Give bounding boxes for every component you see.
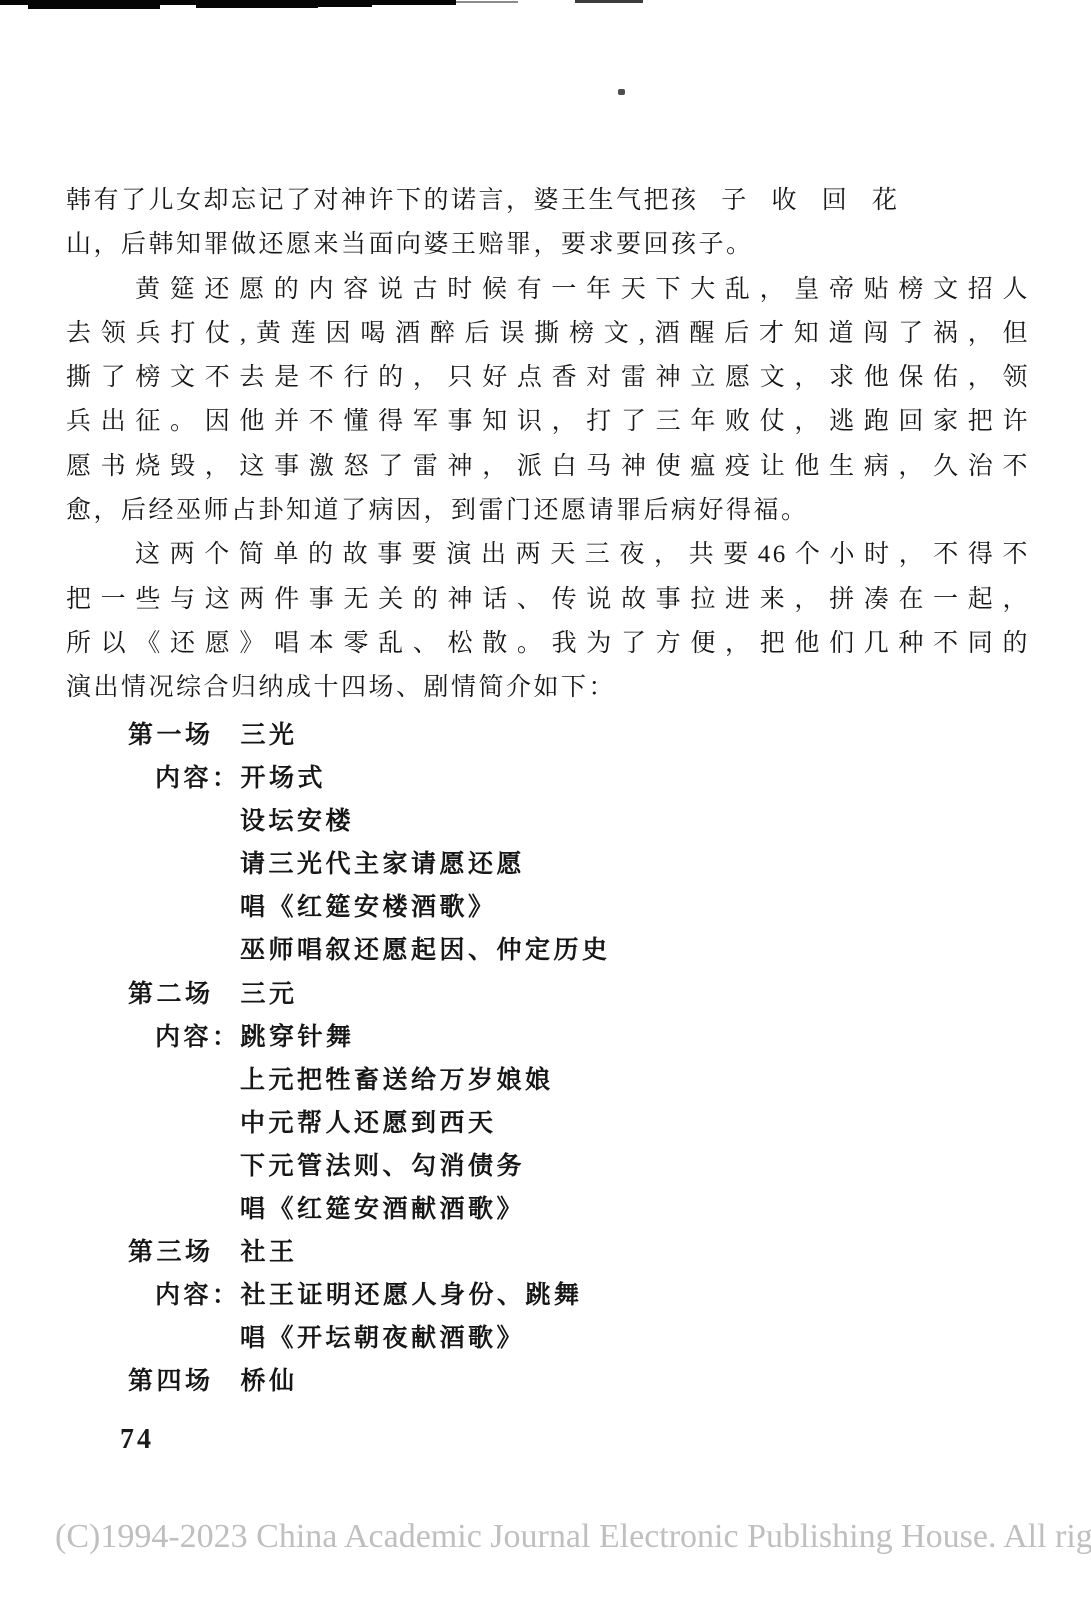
body-line: 黄筵还愿的内容说古时候有一年天下大乱，皇帝贴榜文招人 [66, 268, 1030, 312]
body-line: 愈，后经巫师占卦知道了病因，到雷门还愿请罪后病好得福。 [66, 489, 1030, 533]
scene-title: 三光 [241, 722, 298, 749]
scene-number: 第三场 [128, 1239, 214, 1266]
copyright-watermark: (C)1994-2023 China Academic Journal Elec… [55, 1518, 1091, 1556]
scene-content-item: 上元把牲畜送给万岁娘娘 [240, 1059, 1030, 1102]
content-label: 内容： [155, 1282, 241, 1309]
page-number: 74 [120, 1424, 154, 1456]
scene-header: 第二场三元 [128, 973, 1030, 1016]
scene-title: 三元 [241, 981, 298, 1008]
body-line: 撕了榜文不去是不行的，只好点香对雷神立愿文，求他保佑，领 [66, 356, 1030, 400]
scene-header: 第四场桥仙 [128, 1360, 1030, 1403]
scan-artifact-bar [28, 0, 160, 9]
scene-content-item: 下元管法则、勾消债务 [240, 1145, 1030, 1188]
scan-artifact-bar [196, 0, 318, 8]
scan-artifact-bar [310, 0, 372, 7]
scanned-journal-page: 韩有了儿女却忘记了对神许下的诺言，婆王生气把孩 子 收 回 花山，后韩知罪做还愿… [0, 0, 1091, 1602]
body-line: 兵出征。因他并不懂得军事知识，打了三年败仗，逃跑回家把许 [66, 400, 1030, 444]
scene-title: 桥仙 [241, 1368, 298, 1395]
content-text: 开场式 [241, 765, 327, 792]
body-line: 韩有了儿女却忘记了对神许下的诺言，婆王生气把孩 子 收 回 花 [66, 179, 1030, 223]
body-line: 愿书烧毁，这事激怒了雷神，派白马神使瘟疫让他生病，久治不 [66, 445, 1030, 489]
body-line: 所以《还愿》唱本零乱、松散。我为了方便，把他们几种不同的 [66, 622, 1030, 666]
body-line: 山，后韩知罪做还愿来当面向婆王赔罪，要求要回孩子。 [66, 223, 1030, 267]
scene-content-item: 唱《红筵安酒献酒歌》 [240, 1188, 1030, 1231]
content-text: 社王证明还愿人身份、跳舞 [241, 1282, 583, 1309]
article-body-text: 韩有了儿女却忘记了对神许下的诺言，婆王生气把孩 子 收 回 花山，后韩知罪做还愿… [66, 179, 1030, 711]
scene-content-item: 巫师唱叙还愿起因、仲定历史 [240, 929, 1030, 972]
scene-content-item: 唱《开坛朝夜献酒歌》 [240, 1317, 1030, 1360]
scan-speck [618, 89, 625, 95]
scene-title: 社王 [241, 1239, 298, 1266]
scan-artifact-bar [456, 1, 518, 3]
scene-number: 第二场 [128, 981, 214, 1008]
scene-content-first-line: 内容：社王证明还愿人身份、跳舞 [155, 1274, 1030, 1317]
scan-artifact-bar [575, 0, 643, 3]
content-text: 跳穿针舞 [241, 1024, 355, 1051]
body-line: 去领兵打仗,黄莲因喝酒醉后误撕榜文,酒醒后才知道闯了祸，但 [66, 312, 1030, 356]
body-line: 演出情况综合归纳成十四场、剧情简介如下： [66, 666, 1030, 710]
scene-content-item: 唱《红筵安楼酒歌》 [240, 886, 1030, 929]
scene-content-item: 中元帮人还愿到西天 [240, 1102, 1030, 1145]
body-line: 这两个简单的故事要演出两天三夜，共要46个小时，不得不 [66, 533, 1030, 577]
scene-number: 第一场 [128, 722, 214, 749]
scene-content-item: 请三光代主家请愿还愿 [240, 843, 1030, 886]
content-label: 内容： [155, 1024, 241, 1051]
scene-content-first-line: 内容：开场式 [155, 757, 1030, 800]
body-line: 把一些与这两件事无关的神话、传说故事拉进来，拼凑在一起， [66, 578, 1030, 622]
scene-list-block: 第一场三光内容：开场式设坛安楼请三光代主家请愿还愿唱《红筵安楼酒歌》巫师唱叙还愿… [66, 714, 1030, 1404]
content-label: 内容： [155, 765, 241, 792]
scene-content-item: 设坛安楼 [240, 800, 1030, 843]
scene-header: 第三场社王 [128, 1231, 1030, 1274]
scene-header: 第一场三光 [128, 714, 1030, 757]
scene-content-first-line: 内容：跳穿针舞 [155, 1016, 1030, 1059]
scene-number: 第四场 [128, 1368, 214, 1395]
